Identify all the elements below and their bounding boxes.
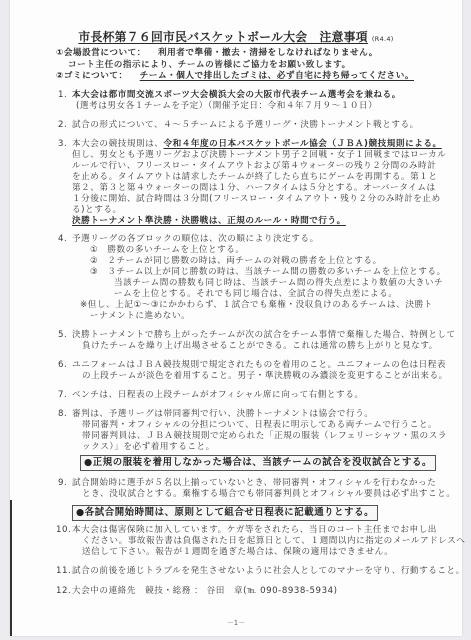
item-3-line-1: 但し、男女とも予選リーグおよび決勝トーナメント男子２回戦・女子１回戦まではローカ…: [72, 150, 446, 161]
item-9-line-2: とき、没収試合とする。棄権する場合でも帯同審判員とオフィシャル要員は必ず出すこと…: [82, 489, 455, 500]
revision-label: (R4.4): [372, 35, 394, 43]
item-3-line-2: ルールで行い、フリースロー・タイムアウトおよび第４ウォーターの残り２分間のみ時計: [72, 161, 436, 172]
start-time-notice: ●各試合開始時間は、原則として組合せ日程表に記載通りとする。: [72, 505, 378, 521]
item-3-line-5: １分後に開始、試合時間は３分間(フリースロー・タイムアウト・残り２分のみ時計を止…: [72, 194, 441, 205]
item-5-line-2: 負けたチームを繰り上げ出場させることができる。これは通常の勝ち上がりと見なす。: [82, 341, 438, 352]
item-4-line-1: 予選リーグの各ブロックの順位は、次の順により決定する。: [72, 234, 319, 245]
item-7-line-1: ベンチは、日程表の上段チームがオフィシャル席に向って右側とする。: [72, 390, 363, 401]
trash-note: ②ゴミについて：チーム・個人で排出したゴミは、必ず自宅に持ち帰ってください。: [56, 71, 414, 82]
trash-text: チーム・個人で排出したゴミは、必ず自宅に持ち帰ってください。: [140, 71, 414, 81]
item-12-contact: 大会中の連絡先 競技・総務 ： 谷田 章(℡ 090-8938-5934): [72, 586, 338, 597]
item-3-line-4: 第２、第３と第４ウォーターの間は１分、ハーフタイムは５分とする。オーバータイムは: [72, 183, 436, 194]
page-edge-line: [10, 500, 12, 636]
document-page: 市長杯第７６回市民バスケットボール大会 注意事項(R4.4) ①会場設営について…: [10, 0, 462, 636]
document-title-row: 市長杯第７６回市民バスケットボール大会 注意事項(R4.4): [10, 28, 462, 45]
item-3-lead-rule: 令和４年度の日本バスケットボール協会（ＪＢＡ)競技規則による。: [163, 139, 441, 149]
item-12-number: 12.: [56, 586, 71, 597]
item-7-number: 7.: [58, 390, 67, 401]
item-4-remark-1: ※但し、上記①～③にかかわらず、１試合でも棄権・没収負けのあるチームは、決勝ト: [80, 300, 433, 311]
item-11-line-1: 試合の前後を通じトラブルを発生させないように社会人としてのマナーを守り、行動する…: [72, 566, 465, 577]
item-5-line-1: 決勝トーナメントで勝ち上がったチームが次の試合をチーム事情で棄権した場合、特例と…: [72, 330, 456, 341]
forfeit-uniform-notice: ●正規の服装を着用しなかった場合は、当該チームの試合を没収試合とする。: [80, 455, 436, 471]
item-8-line-1: 審判は、予選リーグは帯同審判で行い、決勝トーナメントは協会で行う。: [72, 409, 373, 420]
item-3-lead: 本大会の競技規則は、令和４年度の日本バスケットボール協会（ＪＢＡ)競技規則による…: [72, 139, 442, 150]
item-1-number: 1.: [58, 90, 67, 101]
trash-label: ②ゴミについて：: [56, 71, 128, 81]
item-4-sub-2: ② ２チームが同じ勝数の時は、両チームの対戦の勝者を上位とする。: [90, 256, 382, 267]
item-10-line-1: 本大会は傷害保険に加入しています。ケガ等をされたら、当日のコート主任までお申し出: [72, 525, 437, 536]
page-number: －1－: [10, 618, 462, 628]
item-10-line-3: 送信して下さい。報告が１週間を過ぎた場合は、保険の適用はできません。: [82, 547, 393, 558]
item-2-number: 2.: [58, 120, 67, 131]
item-4-sub-3-cont-1: 当該チーム間の勝数も同じ時は、当該チーム間の得失点差により数値の大きいチ: [114, 278, 443, 289]
item-1-line-1: 本大会は都市間交流スポーツ大会横浜大会の大阪市代表チーム選考会を兼ねる。: [72, 90, 401, 101]
item-8-line-2: 帯同審判・オフィシャルの分担について、日程表に明示してある両チームで行うこと。: [82, 420, 437, 431]
venue-text: 利用者で準備・撤去・清掃をしなければなりません。: [158, 48, 378, 58]
document-title: 市長杯第７６回市民バスケットボール大会 注意事項: [78, 30, 368, 44]
item-3-final-note: 決勝トーナメント準決勝・決勝戦は、正規のルール・時間で行う。: [72, 216, 346, 227]
item-5-number: 5.: [58, 330, 67, 341]
item-9-line-1: 試合開始時に選手が５名以上揃っていないとき、帯同審判・オフィシャルを行わなかった: [72, 478, 436, 489]
venue-label: ①会場設営について：: [56, 48, 146, 58]
item-1-line-2: (選考は男女各１チームを予定）（開催予定日：令和４年７月９～１０日）: [76, 101, 377, 112]
item-6-number: 6.: [58, 360, 67, 371]
item-4-sub-3-cont-2: ームを上位とする。それでも同じ場合は、全試合の得失点差による。: [114, 289, 397, 300]
item-6-line-1: ユニフォームはＪＢＡ競技規則で規定されたものを着用のこと。ユニフォームの色は日程…: [72, 360, 446, 371]
item-4-remark-2: ーナメントに進めない。: [90, 311, 190, 322]
item-2-line-1: 試合の形式について、４～５チームによる予選リーグ・決勝トーナメント戦とする。: [72, 120, 419, 131]
item-3-number: 3.: [58, 139, 67, 150]
item-3-lead-text: 本大会の競技規則は、: [72, 139, 163, 149]
venue-note-2: コート主任の指示により、チームの皆様にご協力をお願い致します。: [68, 60, 351, 71]
item-4-number: 4.: [58, 234, 67, 245]
item-9-number: 9.: [58, 478, 67, 489]
item-8-line-3: 帯同審判員は、ＪＢＡ競技規則で定められた「正規の服装（レフェリーシャツ・黒のスラ: [82, 431, 447, 442]
item-6-line-2: の上段チームが淡色を着用すること。男子・準決勝戦のみ濃淡を変更することが出来る。: [82, 371, 448, 382]
item-4-sub-3: ③ ３チーム以上が同じ勝数の時は、当該チーム間の勝数の多いチームを上位とする。: [90, 267, 446, 278]
venue-note: ①会場設営について：利用者で準備・撤去・清掃をしなければなりません。: [56, 48, 378, 59]
item-10-line-2: ください。事故報告書は負傷された日を起算日として、１週間以内に指定のメールアドレ…: [82, 536, 465, 547]
item-8-number: 8.: [58, 409, 67, 420]
item-11-number: 11.: [56, 566, 71, 577]
item-10-number: 10.: [56, 525, 71, 536]
item-3-line-6: る)とする。: [72, 205, 122, 216]
item-8-line-4: ックス）」を必ず着用すること。: [82, 442, 215, 453]
item-3-line-3: を止める。タイムアウトは請求したチームが終了したら直ちにゲームを再開する。第１と: [72, 172, 438, 183]
item-4-sub-1: ① 勝数の多いチームを上位とする。: [90, 245, 245, 256]
